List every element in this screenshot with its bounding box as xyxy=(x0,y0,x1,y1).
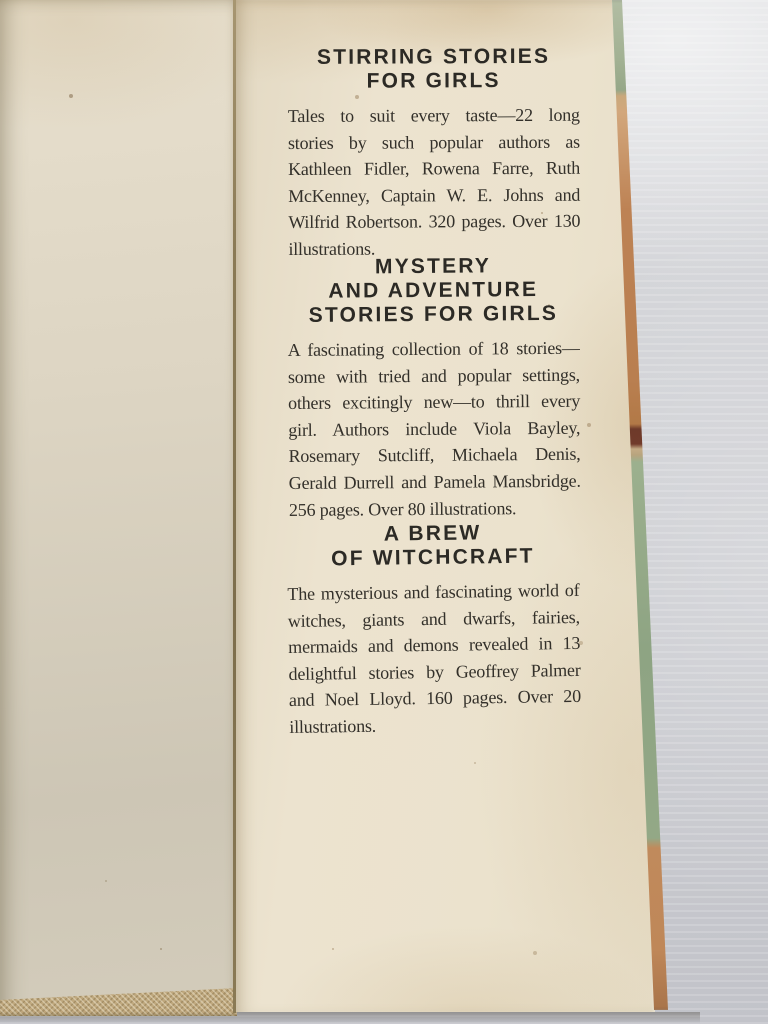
body-text-line: girl. Authors include Viola Bayley, xyxy=(288,414,580,443)
body-text-line: witches, giants and dwarfs, fairies, xyxy=(288,604,580,635)
body-text-line: and Noel Lloyd. 160 pages. Over 20 xyxy=(289,683,581,714)
body-text-line: Rosemary Sutcliff, Michaela Denis, xyxy=(288,441,580,470)
body-text-line: mermaids and demons revealed in 13 xyxy=(288,630,580,661)
book-ad-title: STIRRING STORIES FOR GIRLS xyxy=(288,45,580,94)
body-text-line: 256 pages. Over 80 illustrations. xyxy=(289,494,581,523)
title-line: OF WITCHCRAFT xyxy=(287,544,579,572)
body-text-line: Tales to suit every taste—22 long xyxy=(288,102,580,130)
book-ad-brew-of-witchcraft: A BREW OF WITCHCRAFT The mysterious and … xyxy=(286,520,581,741)
body-text-line: stories by such popular authors as xyxy=(288,128,580,156)
body-text-line: Kathleen Fidler, Rowena Farre, Ruth xyxy=(288,155,580,183)
body-text-line: illustrations. xyxy=(289,710,581,741)
book-ad-body: Tales to suit every taste—22 long storie… xyxy=(288,102,581,263)
body-text-line: some with tried and popular settings, xyxy=(288,361,580,390)
book-ad-title: A BREW OF WITCHCRAFT xyxy=(286,520,579,572)
paper-specks xyxy=(0,0,2,2)
body-text-line: A fascinating collection of 18 stories— xyxy=(288,335,580,364)
body-text-line: Gerald Durrell and Pamela Mansbridge. xyxy=(289,468,581,497)
book-ad-body: A fascinating collection of 18 stories— … xyxy=(288,335,581,523)
book-ad-mystery-adventure: MYSTERY AND ADVENTURE STORIES FOR GIRLS … xyxy=(287,254,581,523)
title-line: STORIES FOR GIRLS xyxy=(287,302,579,328)
title-line: FOR GIRLS xyxy=(288,69,580,94)
body-text-line: Wilfrid Robertson. 320 pages. Over 130 xyxy=(288,208,580,236)
body-text-line: others excitingly new—to thrill every xyxy=(288,388,580,417)
title-line: AND ADVENTURE xyxy=(287,278,579,304)
paper-specks xyxy=(236,0,238,2)
endpaper-page xyxy=(0,0,236,1016)
dust-jacket-flap: STIRRING STORIES FOR GIRLS Tales to suit… xyxy=(236,0,656,1012)
body-text-line: The mysterious and fascinating world of xyxy=(287,577,579,608)
book-ad-title: MYSTERY AND ADVENTURE STORIES FOR GIRLS xyxy=(287,254,580,328)
book-ad-stirring-stories: STIRRING STORIES FOR GIRLS Tales to suit… xyxy=(288,45,581,263)
body-text-line: delightful stories by Geoffrey Palmer xyxy=(288,657,580,688)
title-line: STIRRING STORIES xyxy=(288,45,580,70)
flap-fold-crease xyxy=(233,0,236,1013)
book-ad-body: The mysterious and fascinating world of … xyxy=(287,577,581,741)
title-line: MYSTERY xyxy=(287,254,579,280)
body-text-line: McKenney, Captain W. E. Johns and xyxy=(288,182,580,210)
